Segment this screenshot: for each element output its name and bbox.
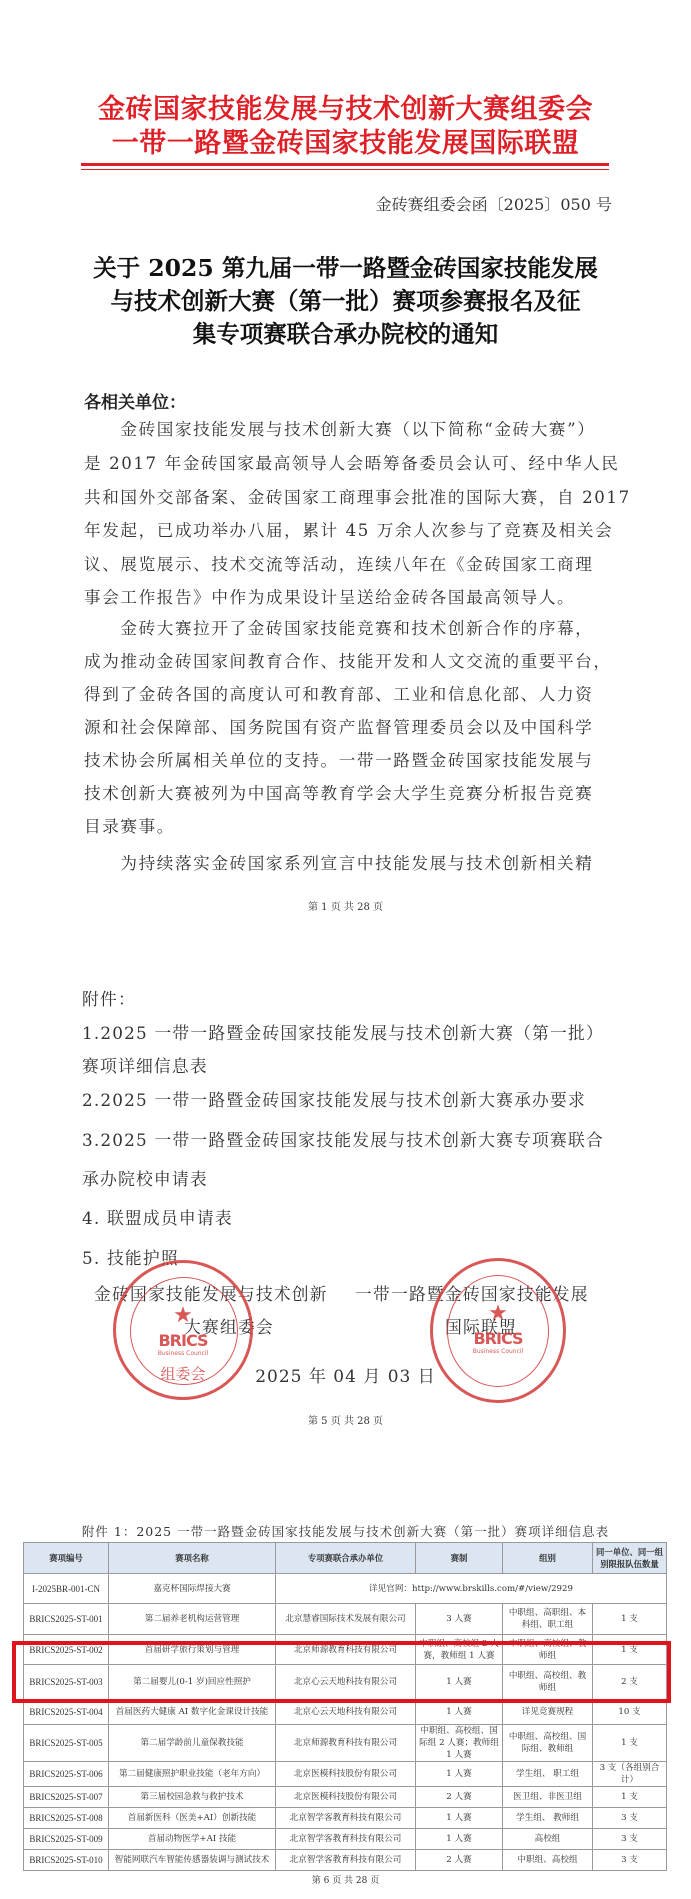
cell-org: 北京心云天地科技有限公司 [276,1700,416,1725]
cell-code: I-2025BR-001-CN [24,1574,109,1604]
cell-org: 北京医模科技股份有限公司 [276,1762,416,1787]
table-row: BRICS2025-ST-006 第二届健康照护职业技能（老年方向） 北京医模科… [24,1762,667,1787]
cell-format: 1 人赛 [416,1808,503,1829]
seal-brand: BRICS [433,1329,563,1348]
body-line: 议、展览展示、技术交流等活动，连续八年在《金砖国家工商理 [84,548,614,583]
table-row: BRICS2025-ST-008 首届新医科（医美+AI）创新技能 北京智学客教… [24,1808,667,1829]
letterhead-line-2: 一带一路暨金砖国家技能发展国际联盟 [60,126,631,162]
cell-group: 医卫组、非医卫组 [503,1787,593,1808]
cell-code: BRICS2025-ST-001 [24,1604,109,1635]
cell-name: 嘉克杯国际焊接大赛 [109,1574,276,1604]
signature-date: 2025 年 04 月 03 日 [0,1362,691,1387]
body-line: 技术创新大赛被列为中国高等教育学会大学生竞赛分析报告竞赛 [84,777,614,812]
cell-name: 智能网联汽车智能传感器装调与测试技术 [109,1850,276,1871]
cell-org: 北京智学客教育科技有限公司 [276,1829,416,1850]
cell-limit: 3 支（各组别合计） [593,1762,667,1787]
header-org: 专项赛联合承办单位 [276,1543,416,1574]
letterhead-line-1: 金砖国家技能发展与技术创新大赛组委会 [60,92,631,128]
cell-code: BRICS2025-ST-010 [24,1850,109,1871]
header-code: 赛项编号 [24,1543,109,1574]
seal-brand: BRICS [116,1331,250,1350]
event-details-table: 赛项编号 赛项名称 专项赛联合承办单位 赛制 组别 同一单位、同一组别限报队伍数… [23,1542,667,1871]
table-header-row: 赛项编号 赛项名称 专项赛联合承办单位 赛制 组别 同一单位、同一组别限报队伍数… [24,1543,667,1574]
seal-subtitle: Business Council [116,1350,250,1357]
attachment-item: 承办院校申请表 [82,1166,208,1190]
document-number: 金砖赛组委会函〔2025〕050 号 [376,192,612,215]
cell-group: 中职组、高校组、国际组、教师组 [503,1725,593,1762]
cell-limit: 3 支 [593,1850,667,1871]
body-line: 金砖大赛拉开了金砖国家技能竞赛和技术创新合作的序幕， [84,612,614,647]
letterhead-rule-thin [81,169,609,170]
cell-name: 第二届学龄前儿童保教技能 [109,1725,276,1762]
table-row: BRICS2025-ST-005 第二届学龄前儿童保教技能 北京师源教育科技有限… [24,1725,667,1762]
cell-limit: 10 支 [593,1700,667,1725]
document-title-line-2: 与技术创新大赛（第一批）赛项参赛报名及征 [60,285,631,318]
cell-format: 1 人赛 [416,1762,503,1787]
cell-name: 第二届健康照护职业技能（老年方向） [109,1762,276,1787]
body-line: 源和社会保障部、国务院国有资产监督管理委员会以及中国科学 [84,711,614,746]
cell-org: 北京智学客教育科技有限公司 [276,1850,416,1871]
cell-group: 学生组、 教师组 [503,1808,593,1829]
body-line: 目录赛事。 [84,810,614,845]
body-line: 事会工作报告》中作为成果设计呈送给金砖各国最高领导人。 [84,581,614,616]
cell-format: 2 人赛 [416,1787,503,1808]
star-icon: ★ [488,1303,508,1325]
cell-code: BRICS2025-ST-006 [24,1762,109,1787]
cell-format: 1 人赛 [416,1700,503,1725]
cell-org: 北京师源教育科技有限公司 [276,1725,416,1762]
cell-format: 中职组、高校组、国际组 2 人赛；教师组 1 人赛 [416,1725,503,1762]
cell-org: 北京慧睿国际技术发展有限公司 [276,1604,416,1635]
cell-code: BRICS2025-ST-008 [24,1808,109,1829]
cell-group: 中职组、高校组 [503,1850,593,1871]
cell-limit: 1 支 [593,1725,667,1762]
attachment-item: 4. 联盟成员申请表 [82,1205,233,1229]
body-line: 技术协会所属相关单位的支持。一带一路暨金砖国家技能发展与 [84,744,614,779]
cell-limit: 3 支 [593,1829,667,1850]
table-row-highlighted: BRICS2025-ST-004 首届医药大健康 AI 数字化金课设计技能 北京… [24,1700,667,1725]
header-limit: 同一单位、同一组别限报队伍数量 [593,1543,667,1574]
body-line: 为持续落实金砖国家系列宣言中技能发展与技术创新相关精 [84,847,614,882]
body-line: 成为推动金砖国家间教育合作、技能开发和人文交流的重要平台， [84,645,614,680]
seal-subtitle: Business Council [433,1348,563,1355]
cell-code: BRICS2025-ST-007 [24,1787,109,1808]
cell-code: BRICS2025-ST-005 [24,1725,109,1762]
table-caption: 附件 1：2025 一带一路暨金砖国家技能发展与技术创新大赛（第一批）赛项详细信… [0,1522,691,1540]
cell-website: 详见官网：http://www.brskills.com/#/view/2929 [276,1574,667,1604]
cell-org: 北京智学客教育科技有限公司 [276,1808,416,1829]
table-row: BRICS2025-ST-007 第三届校园急救与救护技术 北京医模科技股份有限… [24,1787,667,1808]
cell-limit: 1 支 [593,1787,667,1808]
cell-group: 学生组、 职工组 [503,1762,593,1787]
star-icon: ★ [173,1305,193,1327]
cell-format: 2 人赛 [416,1850,503,1871]
cell-org: 北京医模科技股份有限公司 [276,1787,416,1808]
highlight-box [12,1641,671,1703]
header-format: 赛制 [416,1543,503,1574]
table-row: BRICS2025-ST-009 首届动物医学+AI 技能 北京智学客教育科技有… [24,1829,667,1850]
attachments-label: 附件： [82,986,136,1010]
body-line: 年发起，已成功举办八届，累计 45 万余人次参与了竞赛及相关会 [84,514,614,549]
cell-name: 首届医药大健康 AI 数字化金课设计技能 [109,1700,276,1725]
table-row: I-2025BR-001-CN 嘉克杯国际焊接大赛 详见官网：http://ww… [24,1574,667,1604]
cell-group: 高校组 [503,1829,593,1850]
cell-code: BRICS2025-ST-004 [24,1700,109,1725]
attachment-item: 1.2025 一带一路暨金砖国家技能发展与技术创新大赛（第一批） [82,1020,604,1044]
page-footer-1: 第 1 页 共 28 页 [0,898,691,913]
cell-name: 第二届养老机构运营管理 [109,1604,276,1635]
cell-name: 首届动物医学+AI 技能 [109,1829,276,1850]
table-row: BRICS2025-ST-010 智能网联汽车智能传感器装调与测试技术 北京智学… [24,1850,667,1871]
cell-format: 1 人赛 [416,1829,503,1850]
attachment-item: 3.2025 一带一路暨金砖国家技能发展与技术创新大赛专项赛联合 [82,1127,604,1151]
header-group: 组别 [503,1543,593,1574]
body-line: 金砖国家技能发展与技术创新大赛（以下简称“金砖大赛”） [84,413,614,448]
cell-limit: 3 支 [593,1808,667,1829]
cell-limit: 1 支 [593,1604,667,1635]
table-row: BRICS2025-ST-001 第二届养老机构运营管理 北京慧睿国际技术发展有… [24,1604,667,1635]
header-name: 赛项名称 [109,1543,276,1574]
letterhead-rule-thick [81,163,609,166]
page-footer-6: 第 6 页 共 28 页 [0,1873,691,1886]
cell-format: 3 人赛 [416,1604,503,1635]
attachment-item: 2.2025 一带一路暨金砖国家技能发展与技术创新大赛承办要求 [82,1087,586,1111]
page-footer-5: 第 5 页 共 28 页 [0,1412,691,1427]
cell-code: BRICS2025-ST-009 [24,1829,109,1850]
cell-name: 首届新医科（医美+AI）创新技能 [109,1808,276,1829]
body-line: 共和国外交部备案、金砖国家工商理事会批准的国际大赛，自 2017 [84,481,614,516]
salutation: 各相关单位： [84,388,186,413]
body-line: 是 2017 年金砖国家最高领导人会晤筹备委员会认可、经中华人民 [84,447,614,482]
cell-group: 中职组、高职组、本科组、职工组 [503,1604,593,1635]
cell-group: 详见竞赛规程 [503,1700,593,1725]
document-title-line-1: 关于 2025 第九届一带一路暨金砖国家技能发展 [60,252,631,285]
attachment-item: 赛项详细信息表 [82,1053,208,1077]
document-title-line-3: 集专项赛联合承办院校的通知 [60,318,631,351]
body-line: 得到了金砖各国的高度认可和教育部、工业和信息化部、人力资 [84,678,614,713]
cell-name: 第三届校园急救与救护技术 [109,1787,276,1808]
